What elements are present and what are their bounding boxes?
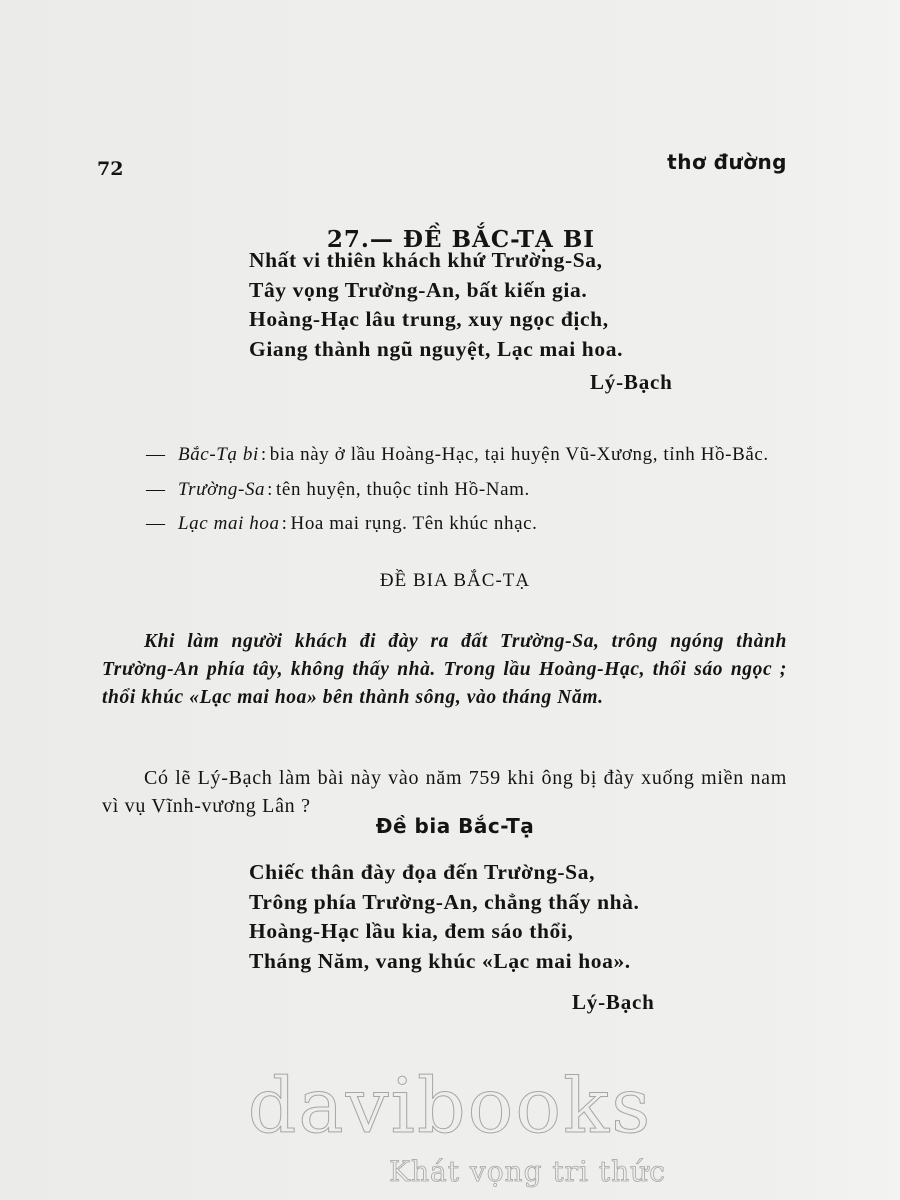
note-term: Lạc mai hoa bbox=[178, 513, 280, 534]
note-definition: bia này ở lầu Hoàng-Hạc, tại huyện Vũ-Xư… bbox=[270, 444, 769, 465]
book-title: thơ đường bbox=[667, 150, 787, 174]
translation-heading: ĐỀ BIA BẮC-TẠ bbox=[0, 570, 900, 592]
original-poem: Nhất vi thiên khách khứ Trường-Sa, Tây v… bbox=[249, 246, 623, 364]
poem-line: Hoàng-Hạc lầu kia, đem sáo thổi, bbox=[249, 917, 640, 947]
verse-translation-title: Đề bia Bắc-Tạ bbox=[0, 814, 900, 838]
note-term: Trường-Sa bbox=[178, 479, 265, 500]
notes-list: — Bắc-Tạ bi:bia này ở lầu Hoàng-Hạc, tại… bbox=[146, 442, 796, 545]
commentary-paragraph: Có lẽ Lý-Bạch làm bài này vào năm 759 kh… bbox=[102, 764, 787, 820]
poem-author: Lý-Bạch bbox=[590, 370, 673, 395]
note-definition: Hoa mai rụng. Tên khúc nhạc. bbox=[291, 513, 538, 534]
book-page: 72 thơ đường 27.— ĐỀ BẮC-TẠ BI Nhất vi t… bbox=[0, 0, 900, 1200]
note-item: — Bắc-Tạ bi:bia này ở lầu Hoàng-Hạc, tại… bbox=[146, 442, 796, 468]
translation-author: Lý-Bạch bbox=[572, 990, 655, 1015]
poem-line: Hoàng-Hạc lâu trung, xuy ngọc địch, bbox=[249, 305, 623, 335]
note-separator: : bbox=[267, 479, 273, 500]
poem-line: Tây vọng Trường-An, bất kiến gia. bbox=[249, 276, 623, 306]
note-item: — Trường-Sa:tên huyện, thuộc tỉnh Hồ-Nam… bbox=[146, 477, 796, 503]
note-item: — Lạc mai hoa:Hoa mai rụng. Tên khúc nhạ… bbox=[146, 511, 796, 537]
note-separator: : bbox=[282, 513, 288, 534]
watermark-tagline: Khát vọng tri thức bbox=[0, 1158, 900, 1186]
poem-line: Giang thành ngũ nguyệt, Lạc mai hoa. bbox=[249, 335, 623, 365]
note-separator: : bbox=[261, 444, 267, 465]
poem-line: Tháng Năm, vang khúc «Lạc mai hoa». bbox=[249, 947, 640, 977]
note-definition: tên huyện, thuộc tỉnh Hồ-Nam. bbox=[276, 479, 530, 500]
poem-line: Trông phía Trường-An, chẳng thấy nhà. bbox=[249, 888, 640, 918]
verse-translation: Chiếc thân đày đọa đến Trường-Sa, Trông … bbox=[249, 858, 640, 976]
poem-line: Nhất vi thiên khách khứ Trường-Sa, bbox=[249, 246, 623, 276]
watermark-brand: davibooks bbox=[0, 1068, 900, 1144]
page-number: 72 bbox=[97, 158, 123, 180]
poem-line: Chiếc thân đày đọa đến Trường-Sa, bbox=[249, 858, 640, 888]
note-dash: — bbox=[146, 511, 166, 537]
note-dash: — bbox=[146, 442, 166, 468]
running-head: 72 thơ đường bbox=[97, 150, 787, 180]
prose-translation: Khi làm người khách đi đày ra đất Trường… bbox=[102, 628, 787, 712]
note-term: Bắc-Tạ bi bbox=[178, 444, 259, 465]
note-dash: — bbox=[146, 477, 166, 503]
